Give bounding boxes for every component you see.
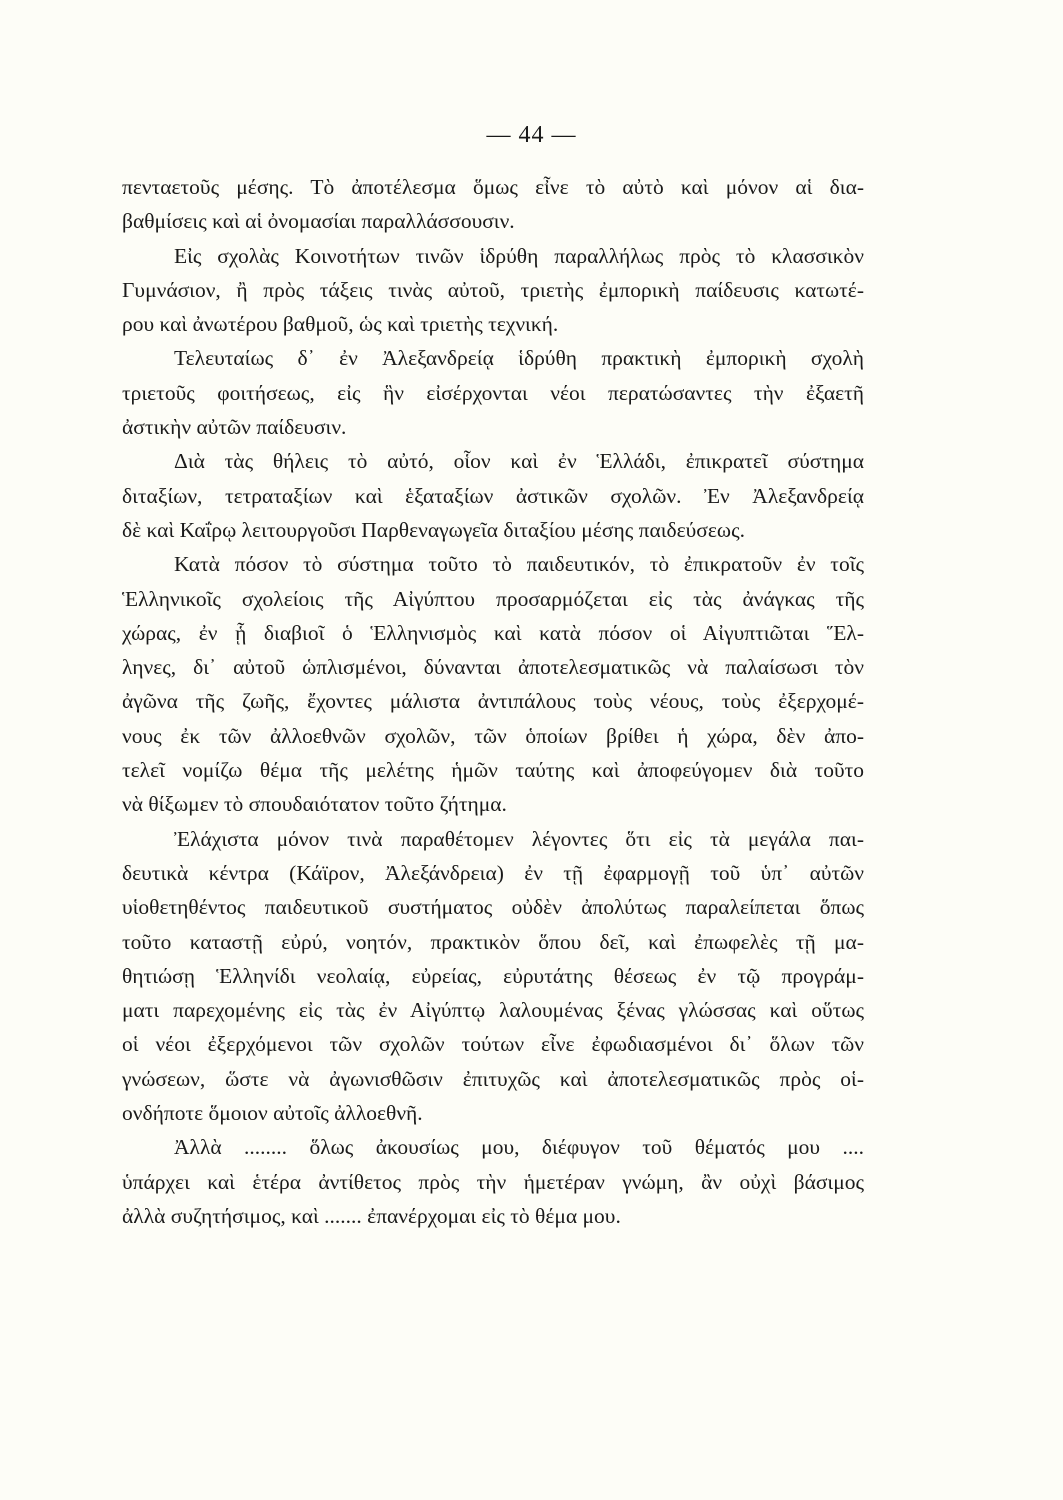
text-line: ἀλλὰ συζητήσιμος, καὶ ....... ἐπανέρχομα… xyxy=(122,1199,864,1233)
text-line: Εἰς σχολὰς Κοινοτήτων τινῶν ἱδρύθη παραλ… xyxy=(122,239,864,273)
text-line: θητιώσῃ Ἑλληνίδι νεολαίᾳ, εὐρείας, εὐρυτ… xyxy=(122,959,864,993)
text-line: δὲ καὶ Καΐρῳ λειτουργοῦσι Παρθεναγωγεῖα … xyxy=(122,513,864,547)
text-line: ἀστικὴν αὐτῶν παίδευσιν. xyxy=(122,410,864,444)
text-line: γνώσεων, ὥστε νὰ ἀγωνισθῶσιν ἐπιτυχῶς κα… xyxy=(122,1062,864,1096)
text-line: νους ἐκ τῶν ἀλλοεθνῶν σχολῶν, τῶν ὁποίων… xyxy=(122,719,864,753)
text-line: τελεῖ νομίζω θέμα τῆς μελέτης ἡμῶν ταύτη… xyxy=(122,753,864,787)
text-line: ρου καὶ ἀνωτέρου βαθμοῦ, ὡς καὶ τριετὴς … xyxy=(122,307,864,341)
paragraph: Εἰς σχολὰς Κοινοτήτων τινῶν ἱδρύθη παραλ… xyxy=(122,239,864,342)
text-line: ἀγῶνα τῆς ζωῆς, ἔχοντες μάλιστα ἀντιπάλο… xyxy=(122,684,864,718)
document-body: πενταετοῦς μέσης. Τὸ ἀποτέλεσμα ὅμως εἶν… xyxy=(122,170,864,1233)
text-line: νὰ θίξωμεν τὸ σπουδαιότατον τοῦτο ζήτημα… xyxy=(122,787,864,821)
text-line: Ἀλλὰ ........ ὅλως ἀκουσίως μου, διέφυγο… xyxy=(122,1130,864,1164)
text-line: Κατὰ πόσον τὸ σύστημα τοῦτο τὸ παιδευτικ… xyxy=(122,547,864,581)
text-line: τοῦτο καταστῇ εὐρύ, νοητόν, πρακτικὸν ὅπ… xyxy=(122,925,864,959)
paragraph: Ἐλάχιστα μόνον τινὰ παραθέτομεν λέγοντες… xyxy=(122,822,864,1131)
text-line: ὑπάρχει καὶ ἑτέρα ἀντίθετος πρὸς τὴν ἡμε… xyxy=(122,1165,864,1199)
text-line: διταξίων, τετραταξίων καὶ ἑξαταξίων ἀστι… xyxy=(122,479,864,513)
text-line: τριετοῦς φοιτήσεως, εἰς ἣν εἰσέρχονται ν… xyxy=(122,376,864,410)
paragraph: Διὰ τὰς θήλεις τὸ αὐτό, οἷον καὶ ἐν Ἑλλά… xyxy=(122,444,864,547)
text-line: οἱ νέοι ἐξερχόμενοι τῶν σχολῶν τούτων εἶ… xyxy=(122,1027,864,1061)
text-line: Διὰ τὰς θήλεις τὸ αὐτό, οἷον καὶ ἐν Ἑλλά… xyxy=(122,444,864,478)
text-line: δευτικὰ κέντρα (Κάϊρον, Ἀλεξάνδρεια) ἐν … xyxy=(122,856,864,890)
text-line: ματι παρεχομένης εἰς τὰς ἐν Αἰγύπτῳ λαλο… xyxy=(122,993,864,1027)
text-line: Τελευταίως δ᾽ ἐν Ἀλεξανδρείᾳ ἱδρύθη πρακ… xyxy=(122,341,864,375)
paragraph: Τελευταίως δ᾽ ἐν Ἀλεξανδρείᾳ ἱδρύθη πρακ… xyxy=(122,341,864,444)
text-line: ληνες, δι᾽ αὐτοῦ ὡπλισμένοι, δύνανται ἀπ… xyxy=(122,650,864,684)
text-line: χώρας, ἐν ᾗ διαβιοῖ ὁ Ἑλληνισμὸς καὶ κατ… xyxy=(122,616,864,650)
text-line: Ἐλάχιστα μόνον τινὰ παραθέτομεν λέγοντες… xyxy=(122,822,864,856)
text-line: Γυμνάσιον, ἢ πρὸς τάξεις τινὰς αὐτοῦ, τρ… xyxy=(122,273,864,307)
text-line: βαθμίσεις καὶ αἱ ὀνομασίαι παραλλάσσουσι… xyxy=(122,204,864,238)
paragraph: πενταετοῦς μέσης. Τὸ ἀποτέλεσμα ὅμως εἶν… xyxy=(122,170,864,239)
text-line: Ἑλληνικοῖς σχολείοις τῆς Αἰγύπτου προσαρ… xyxy=(122,582,864,616)
page-number: — 44 — xyxy=(0,122,1063,149)
paragraph: Ἀλλὰ ........ ὅλως ἀκουσίως μου, διέφυγο… xyxy=(122,1130,864,1233)
text-line: υἱοθετηθέντος παιδευτικοῦ συστήματος οὐδ… xyxy=(122,890,864,924)
text-line: πενταετοῦς μέσης. Τὸ ἀποτέλεσμα ὅμως εἶν… xyxy=(122,170,864,204)
text-line: ονδήποτε ὅμοιον αὐτοῖς ἀλλοεθνῆ. xyxy=(122,1096,864,1130)
paragraph: Κατὰ πόσον τὸ σύστημα τοῦτο τὸ παιδευτικ… xyxy=(122,547,864,821)
